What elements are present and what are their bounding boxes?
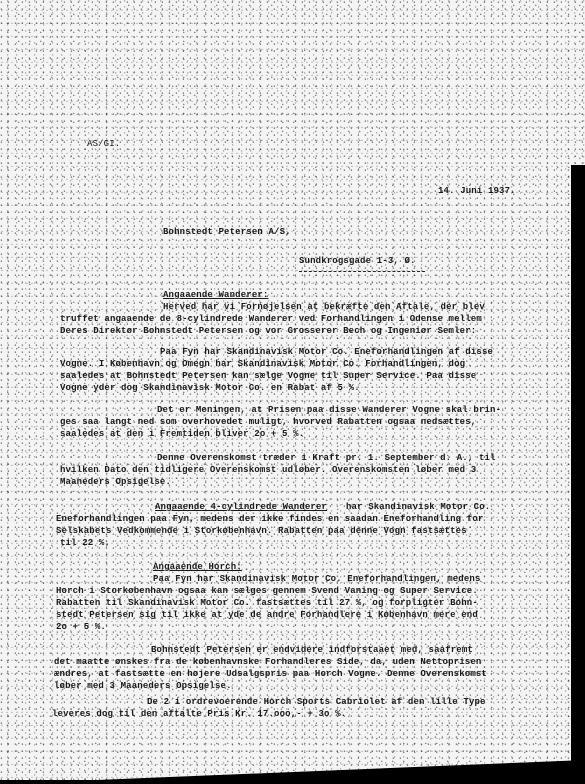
section-heading-4cyl-wanderer: Angaaende 4-cylindrede Wanderer xyxy=(155,502,327,513)
body-line: Rabatten til Skandinavisk Motor Co. fast… xyxy=(56,598,478,609)
body-line: det maatte ønskes fra de københavnske Fo… xyxy=(54,657,481,668)
scan-edge-bottom-base xyxy=(0,780,585,784)
letter-date: 14. Juni 1937. xyxy=(438,186,516,197)
section-heading-wanderer: Angaaende Wanderer: xyxy=(163,290,268,301)
body-line: saaledes at Bohnstedt Petersen kan sælge… xyxy=(60,371,476,382)
body-line: Eneforhandlingen paa Fyn, medens der ikk… xyxy=(56,514,483,525)
body-line: Paa Fyn har Skandinavisk Motor Co. Enefo… xyxy=(160,347,493,358)
address-underline xyxy=(299,271,425,272)
body-line: Det er Meningen, at Prisen paa disse Wan… xyxy=(157,405,501,416)
body-line: har Skandinavisk Motor Co. xyxy=(346,502,490,513)
body-line: Denne Overenskomst træder i Kraft pr. 1.… xyxy=(157,453,496,464)
body-line: Deres Direktør Bohnstedt Petersen og vor… xyxy=(60,326,476,337)
body-line: leveres dog til den aftalte Pris Kr. 17.… xyxy=(52,709,346,720)
body-line: De 2 i ordrevoerende Horch Sports Cabrio… xyxy=(147,697,486,708)
recipient-name: Bohnstedt Petersen A/S, xyxy=(163,227,291,238)
body-line: saaledes at den i Fremtiden bliver 2o + … xyxy=(60,429,304,440)
body-line: Selskabets Vedkommende i Storkøbenhavn. … xyxy=(56,526,467,537)
section-heading-horch: Angaaende Horch: xyxy=(153,562,242,573)
body-line: Maaneders Opsigelse. xyxy=(60,477,171,488)
reference-code: AS/GI. xyxy=(87,139,120,150)
body-line: Paa Fyn har Skandinavisk Motor Co. Enefo… xyxy=(153,574,481,585)
body-line: Vogne yder dog Skandinavisk Motor Co. en… xyxy=(60,383,360,394)
recipient-address: Sundkrogsgade 1-3, Ø. xyxy=(299,256,416,267)
body-line: Herved har vi Fornøjelsen at bekræfte de… xyxy=(163,302,485,313)
body-line: stedt Petersen sig til ikke at yde de an… xyxy=(56,610,478,621)
body-line: ges saa langt ned som overhovedet muligt… xyxy=(60,417,476,428)
scanned-page: AS/GI. 14. Juni 1937. Bohnstedt Petersen… xyxy=(0,0,585,784)
body-line: truffet angaaende de 8-cylindrede Wander… xyxy=(60,314,482,325)
scan-edge-right-band xyxy=(581,165,585,784)
body-line: Horch i Storkøbenhavn ogsaa kan sælges g… xyxy=(56,586,478,597)
body-line: Vogne. I København og Omegn har Skandina… xyxy=(60,359,465,370)
body-line: 2o + 5 %. xyxy=(56,622,106,633)
body-line: løber med 3 Maaneders Opsigelse. xyxy=(54,681,232,692)
body-line: Bohnstedt Petersen er endvidere indforst… xyxy=(151,645,473,656)
body-line: hvilken Dato den tidligere Overenskomst … xyxy=(60,465,476,476)
body-line: ændres, at fastsætte en højere Udsalgspr… xyxy=(54,669,487,680)
body-line: til 22 %. xyxy=(60,538,110,549)
